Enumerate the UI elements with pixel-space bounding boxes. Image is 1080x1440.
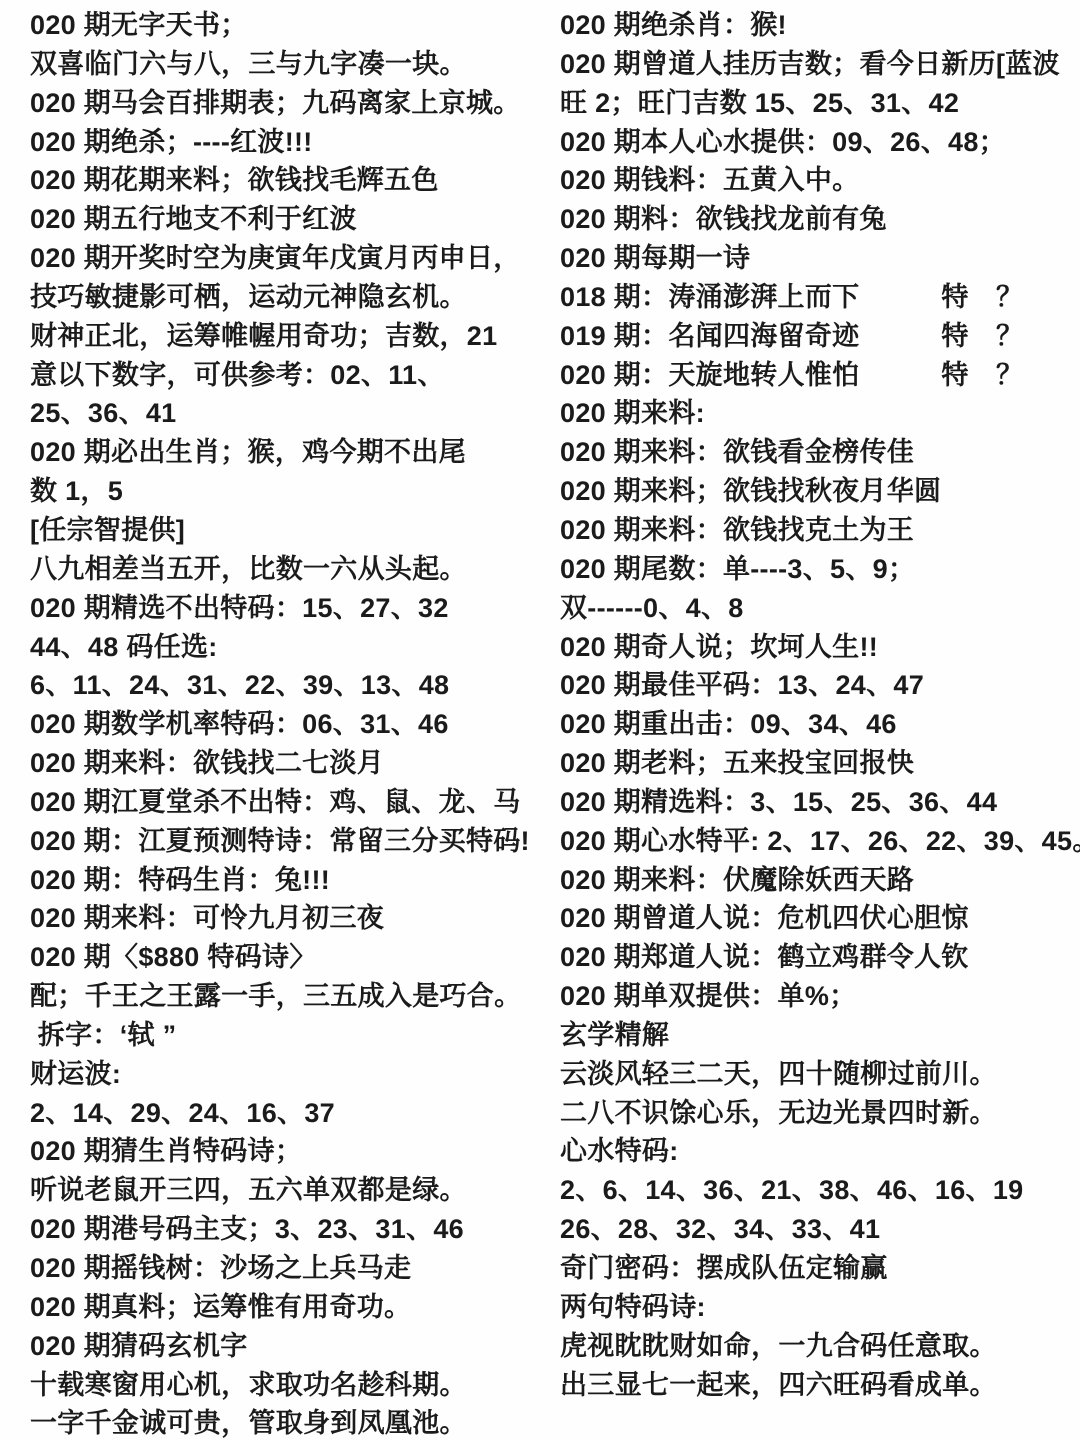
text-line: 020 期钱料：五黄入中。: [560, 161, 1080, 200]
text-line: 心水特码:: [560, 1132, 1080, 1171]
text-line: 2、14、29、24、16、37: [30, 1094, 555, 1133]
text-line: 020 期曾道人挂历吉数；看今日新历[蓝波: [560, 45, 1080, 84]
text-line: 020 期〈$880 特码诗〉: [30, 938, 555, 977]
text-line: 020 期老料；五来投宝回报快: [560, 744, 1080, 783]
text-line: 020 期无字天书；: [30, 6, 555, 45]
text-line: 020 期：特码生肖：兔!!!: [30, 861, 555, 900]
text-line: 双------0、4、8: [560, 589, 1080, 628]
text-line: 020 期来料：欲钱找克土为王: [560, 511, 1080, 550]
text-line: 020 期来料：伏魔除妖西天路: [560, 861, 1080, 900]
text-line: 020 期曾道人说：危机四伏心胆惊: [560, 899, 1080, 938]
text-line: 020 期马会百排期表；九码离家上京城。: [30, 84, 555, 123]
text-line: 020 期来料:: [560, 394, 1080, 433]
text-line: 数 1，5: [30, 472, 555, 511]
text-line: [任宗智提供]: [30, 511, 555, 550]
text-line: 020 期精选不出特码：15、27、32: [30, 589, 555, 628]
text-line: 拆字：‘轼 ”: [30, 1016, 555, 1055]
text-line: 020 期奇人说；坎坷人生!!: [560, 628, 1080, 667]
text-line: 020 期猜生肖特码诗；: [30, 1132, 555, 1171]
text-line: 44、48 码任选:: [30, 628, 555, 667]
text-line: 虎视眈眈财如命，一九合码任意取。: [560, 1327, 1080, 1366]
text-line: 财神正北，运筹帷幄用奇功；吉数，21: [30, 317, 555, 356]
text-line: 020 期来料：欲钱看金榜传佳: [560, 433, 1080, 472]
text-line: 020 期精选料：3、15、25、36、44: [560, 783, 1080, 822]
text-line: 意以下数字，可供参考：02、11、: [30, 356, 555, 395]
lottery-tip-sheet-page: 020 期无字天书；双喜临门六与八，三与九字凑一块。020 期马会百排期表；九码…: [0, 0, 1080, 1440]
text-line: 配；千王之王露一手，三五成入是巧合。: [30, 977, 555, 1016]
text-line: 020 期绝杀；----红波!!!: [30, 123, 555, 162]
text-line: 020 期：天旋地转人惟怕 特 ？: [560, 356, 1080, 395]
text-line: 020 期江夏堂杀不出特：鸡、鼠、龙、马: [30, 783, 555, 822]
text-line: 020 期摇钱树：沙场之上兵马走: [30, 1249, 555, 1288]
text-line: 020 期开奖时空为庚寅年戊寅月丙申日，: [30, 239, 555, 278]
text-line: 020 期最佳平码：13、24、47: [560, 666, 1080, 705]
text-line: 020 期真料；运筹惟有用奇功。: [30, 1288, 555, 1327]
text-line: 6、11、24、31、22、39、13、48: [30, 666, 555, 705]
text-line: 020 期本人心水提供：09、26、48；: [560, 123, 1080, 162]
text-line: 财运波:: [30, 1055, 555, 1094]
text-line: 020 期重出击：09、34、46: [560, 705, 1080, 744]
text-line: 奇门密码：摆成队伍定输赢: [560, 1249, 1080, 1288]
text-line: 双喜临门六与八，三与九字凑一块。: [30, 45, 555, 84]
text-line: 020 期港号码主支；3、23、31、46: [30, 1210, 555, 1249]
text-line: 两句特码诗:: [560, 1288, 1080, 1327]
text-line: 020 期数学机率特码：06、31、46: [30, 705, 555, 744]
text-line: 听说老鼠开三四，五六单双都是绿。: [30, 1171, 555, 1210]
text-line: 技巧敏捷影可栖，运动元神隐玄机。: [30, 278, 555, 317]
text-line: 二八不识馀心乐，无边光景四时新。: [560, 1094, 1080, 1133]
text-line: 020 期料：欲钱找龙前有兔: [560, 200, 1080, 239]
text-line: 云淡风轻三二天，四十随柳过前川。: [560, 1055, 1080, 1094]
text-line: 2、6、14、36、21、38、46、16、19: [560, 1171, 1080, 1210]
text-line: 020 期尾数：单----3、5、9；: [560, 550, 1080, 589]
left-column: 020 期无字天书；双喜临门六与八，三与九字凑一块。020 期马会百排期表；九码…: [30, 6, 555, 1440]
text-line: 出三显七一起来，四六旺码看成单。: [560, 1366, 1080, 1405]
text-line: 020 期：江夏预测特诗：常留三分买特码!: [30, 822, 555, 861]
text-line: 020 期五行地支不利于红波: [30, 200, 555, 239]
right-column: 020 期绝杀肖：猴!020 期曾道人挂历吉数；看今日新历[蓝波旺 2；旺门吉数…: [560, 6, 1080, 1404]
text-line: 018 期：涛涌澎湃上而下 特 ？: [560, 278, 1080, 317]
text-line: 25、36、41: [30, 394, 555, 433]
text-line: 019 期：名闻四海留奇迹 特 ？: [560, 317, 1080, 356]
text-line: 020 期郑道人说：鹤立鸡群令人钦: [560, 938, 1080, 977]
text-line: 020 期绝杀肖：猴!: [560, 6, 1080, 45]
text-line: 玄学精解: [560, 1016, 1080, 1055]
text-line: 020 期单双提供：单%；: [560, 977, 1080, 1016]
text-line: 020 期心水特平: 2、17、26、22、39、45。: [560, 822, 1080, 861]
text-line: 26、28、32、34、33、41: [560, 1210, 1080, 1249]
text-line: 020 期猜码玄机字: [30, 1327, 555, 1366]
text-line: 八九相差当五开，比数一六从头起。: [30, 550, 555, 589]
text-line: 旺 2；旺门吉数 15、25、31、42: [560, 84, 1080, 123]
text-line: 一字千金诚可贵，管取身到凤凰池。: [30, 1404, 555, 1440]
text-line: 020 期来料；欲钱找秋夜月华圆: [560, 472, 1080, 511]
text-line: 020 期来料：欲钱找二七淡月: [30, 744, 555, 783]
text-line: 020 期来料：可怜九月初三夜: [30, 899, 555, 938]
text-line: 020 期花期来料；欲钱找毛辉五色: [30, 161, 555, 200]
text-line: 020 期必出生肖；猴，鸡今期不出尾: [30, 433, 555, 472]
text-line: 十载寒窗用心机，求取功名趁科期。: [30, 1366, 555, 1405]
text-line: 020 期每期一诗: [560, 239, 1080, 278]
